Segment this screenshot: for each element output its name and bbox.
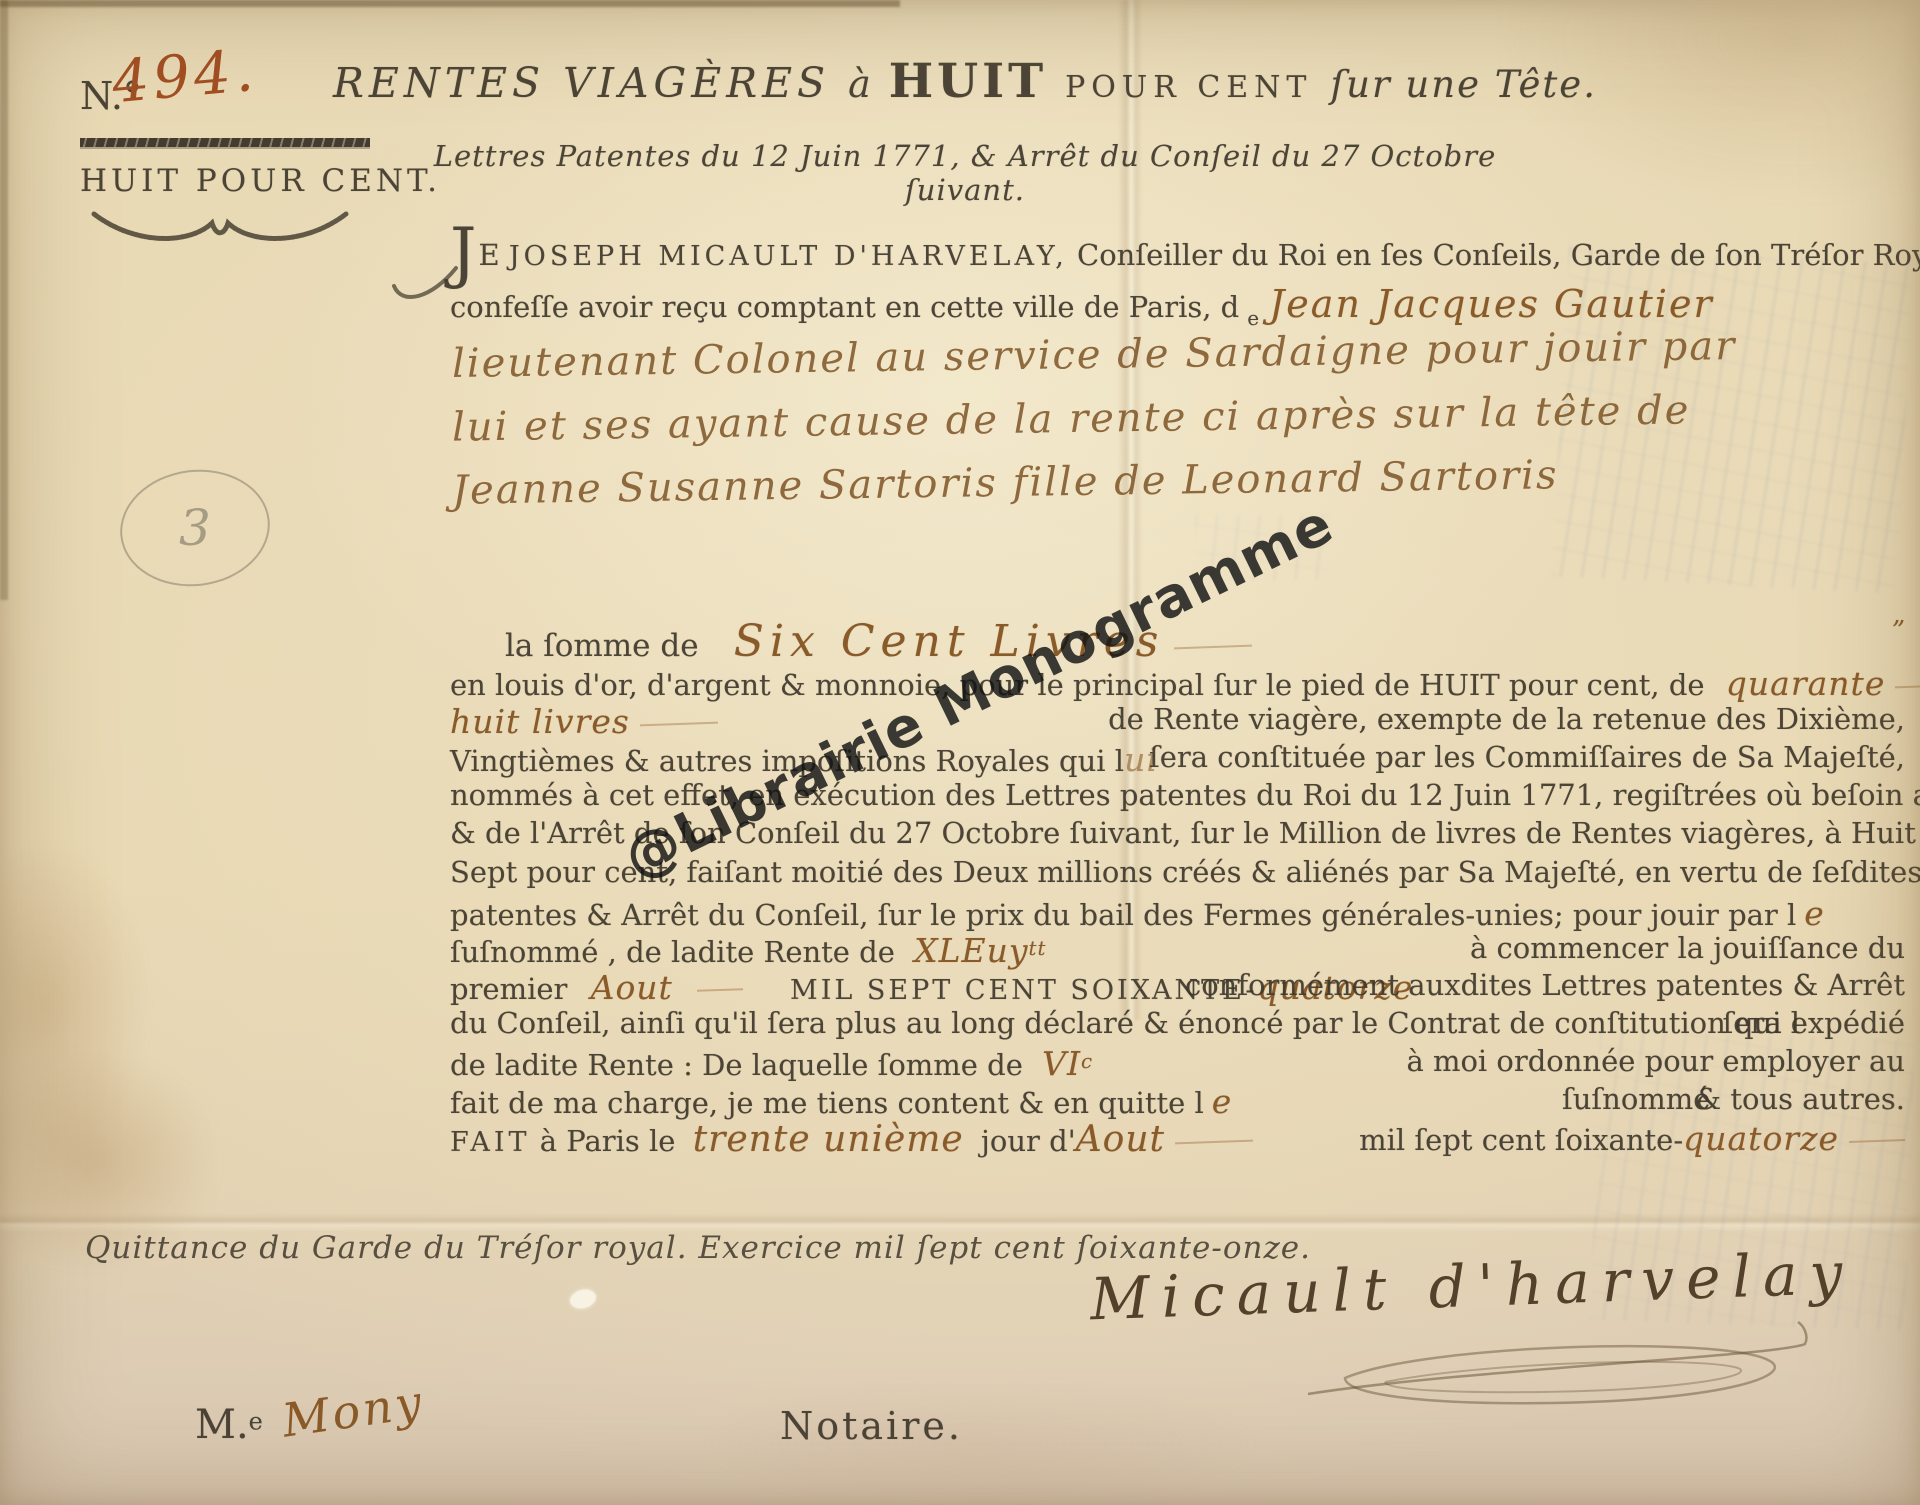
somme-abbrev-sup: c — [1081, 1050, 1093, 1073]
paper-defect-spot — [568, 1287, 598, 1311]
top-edge-shadow — [0, 0, 900, 7]
charge-susnomme: ſuſnommé — [1562, 1082, 1710, 1116]
month-handwritten: Aout — [1076, 1119, 1165, 1160]
commencer-right: à commencer la jouiſſance du — [1470, 931, 1905, 965]
notaire-label: Notaire. — [780, 1404, 963, 1448]
maitre-sup-e: e — [249, 1408, 263, 1436]
payer-name-handwritten: Jean Jacques Gautier — [1269, 282, 1714, 326]
fill-letter-e: e — [1247, 306, 1259, 330]
subtitle-lettres-patentes: Lettres Patentes du 12 Juin 1771, & Arrê… — [430, 139, 1500, 207]
patentes-print: patentes & Arrêt du Conſeil, ſur le prix… — [450, 898, 1796, 932]
fait-right: mil ſept cent ſoixante-quatorze — [1359, 1119, 1905, 1158]
decorative-rule — [80, 138, 370, 147]
parchment-document: N.° 494. HUIT POUR CENT. RENTES VIAGÈRES… — [0, 0, 1920, 1505]
day-handwritten: trente unième — [693, 1119, 964, 1160]
title-rentes-viageres: RENTES VIAGÈRES — [333, 59, 830, 107]
fait-print: à Paris le — [540, 1124, 676, 1158]
rente-amount-base: XLEuy — [914, 931, 1028, 970]
signature-flourish — [1300, 1318, 1810, 1418]
pencil-circled-number: 3 — [113, 461, 276, 594]
percent-heading: HUIT POUR CENT. — [80, 163, 441, 199]
laquelle-print: de ladite Rente : De laquelle ſomme de — [450, 1048, 1023, 1082]
title-sur-une-tete: ſur une Tête. — [1330, 63, 1597, 106]
ink-tail-flourish — [1174, 645, 1252, 650]
left-edge-shadow — [0, 0, 8, 600]
manuscript-line-1: lieutenant Colonel au service de Sardaig… — [452, 323, 1737, 387]
ink-tail-flourish — [1175, 1140, 1253, 1145]
rente-amount-handwritten: XLEuytt — [914, 931, 1046, 970]
premier-print: premier — [450, 972, 567, 1006]
maitre-m: M. — [195, 1402, 249, 1448]
notary-name-handwritten: Mony — [279, 1374, 428, 1447]
manuscript-line-2: lui et ses ayant cause de la rente ci ap… — [452, 387, 1691, 450]
document-title: RENTES VIAGÈRES à HUIT POUR CENT ſur une… — [430, 54, 1500, 109]
title-pour-cent: POUR CENT — [1065, 70, 1312, 105]
ink-tail-flourish — [1849, 1139, 1905, 1143]
somme-label: la ſomme de — [505, 628, 699, 664]
treasurer-name-caps: JOSEPH MICAULT D'HARVELAY, — [509, 241, 1068, 272]
conseil-print: du Conſeil, ainſi qu'il ſera plus au lon… — [450, 1006, 1800, 1040]
fait-print2: jour d' — [981, 1124, 1076, 1158]
rente-amount-sup: tt — [1029, 937, 1047, 960]
susnomme-print: ſuſnommé , de ladite Rente de — [450, 935, 895, 969]
ordonnee-right: à moi ordonnée pour employer au — [1406, 1044, 1905, 1078]
manuscript-line-3: Jeanne Susanne Sartoris fille de Leonard… — [452, 452, 1559, 513]
charge-print: fait de ma charge, je me tiens content &… — [450, 1086, 1204, 1120]
charge-right: & tous autres. — [1695, 1082, 1905, 1116]
conseil-right: ſera expédié — [1722, 1006, 1905, 1040]
vingtiemes-right: ſera conſtituée par les Commiſſaires de … — [1149, 740, 1905, 774]
le-handwritten: e — [1212, 1082, 1233, 1121]
somme-abbrev-handwritten: VIc — [1042, 1044, 1093, 1083]
aout-handwritten: Aout — [591, 968, 673, 1007]
fait-line: FAIT à Paris le trente unième jour d'Aou… — [450, 1119, 1905, 1163]
title-a: à — [848, 62, 871, 106]
ink-tail-flourish — [1895, 684, 1920, 689]
ditto-mark: ” — [1892, 616, 1905, 646]
le-handwritten: e — [1804, 894, 1825, 933]
fait-right-print: mil ſept cent ſoixante- — [1359, 1123, 1683, 1157]
ink-tail-flourish — [640, 722, 718, 727]
title-huit: HUIT — [889, 54, 1047, 109]
opening-e: E — [478, 238, 499, 272]
dropcap-j: J — [450, 238, 476, 268]
circled-number-value: 3 — [179, 499, 211, 557]
rente-viagere-print: de Rente viagère, exempte de la retenue … — [1108, 702, 1905, 736]
quarante-handwritten: quarante — [1726, 664, 1886, 703]
quittance-note: Quittance du Garde du Tréſor royal. Exer… — [85, 1230, 1311, 1266]
opening-rest: Conſeiller du Roi en ſes Conſeils, Garde… — [1077, 238, 1920, 272]
fait-caps: FAIT — [450, 1127, 531, 1158]
body-received-line: confeſſe avoir reçu comptant en cette vi… — [450, 282, 1905, 326]
maitre-label: M.e — [195, 1402, 263, 1448]
brace-ornament — [88, 206, 350, 252]
received-print: confeſſe avoir reçu comptant en cette vi… — [450, 290, 1239, 324]
huit-livres-handwritten: huit livres — [450, 702, 630, 741]
ink-tail-flourish — [697, 988, 743, 992]
year-handwritten: quatorze — [1683, 1119, 1839, 1158]
somme-abbrev-base: VI — [1042, 1044, 1081, 1083]
document-number-value: 494. — [109, 36, 260, 116]
conformement-right: conformément auxdites Lettres patentes &… — [1185, 968, 1905, 1002]
